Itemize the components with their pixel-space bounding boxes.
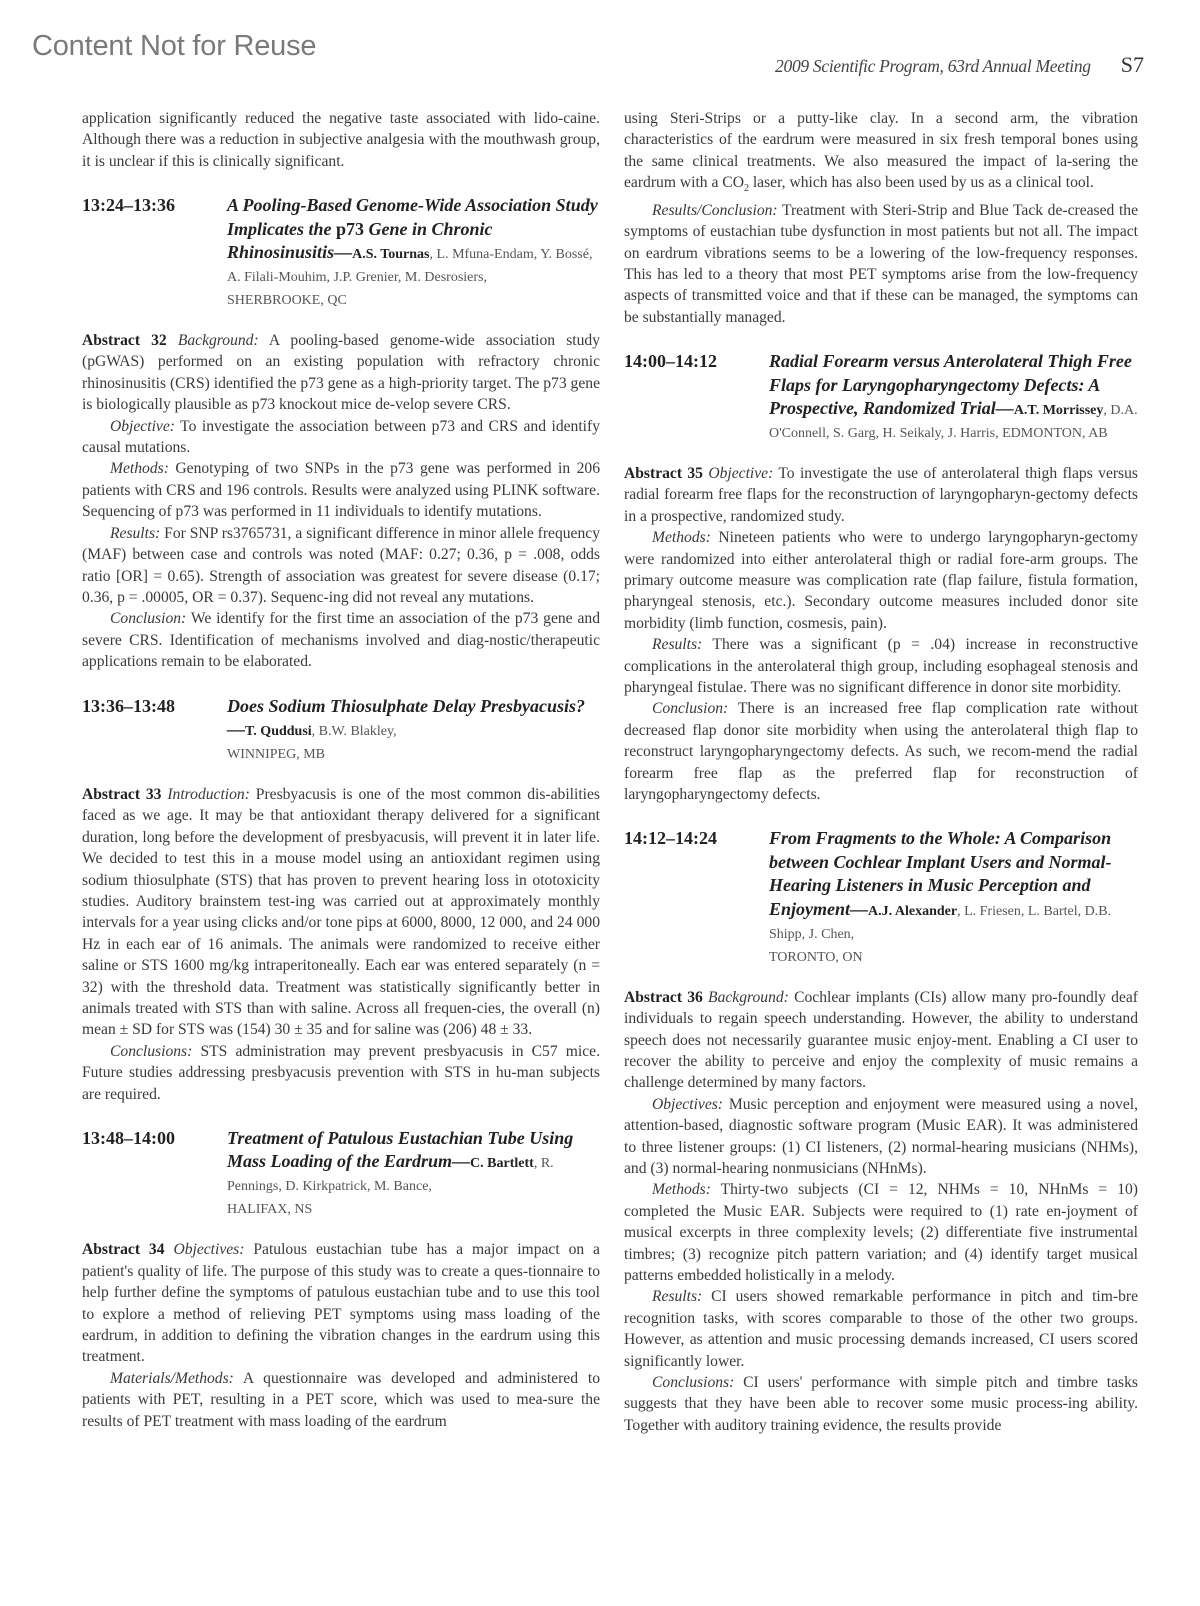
abstract-label: Abstract 35: [624, 465, 703, 482]
abstract-label: Abstract 33: [82, 786, 161, 803]
abstract-34: Abstract 34 Objectives: Patulous eustach…: [82, 1239, 600, 1432]
session-header-33: 13:36–13:48 Does Sodium Thiosulphate Del…: [82, 695, 600, 766]
session-header-35: 14:00–14:12 Radial Forearm versus Antero…: [624, 350, 1138, 445]
section-label: Introduction:: [167, 786, 250, 803]
abstract-33: Abstract 33 Introduction: Presbyacusis i…: [82, 784, 600, 1105]
left-column: application significantly reduced the ne…: [82, 108, 600, 1432]
session-time: 14:12–14:24: [624, 827, 769, 968]
presenting-author: A.S. Tournas: [352, 247, 429, 262]
abstract-32: Abstract 32 Background: A pooling-based …: [82, 330, 600, 673]
running-head: 2009 Scientific Program, 63rd Annual Mee…: [775, 52, 1144, 78]
session-header-36: 14:12–14:24 From Fragments to the Whole:…: [624, 827, 1138, 968]
abstract-35: Abstract 35 Objective: To investigate th…: [624, 463, 1138, 806]
abstract-text: Treatment with Steri-Strip and Blue Tack…: [624, 202, 1138, 326]
presenting-author: A.J. Alexander: [868, 904, 957, 919]
section-label: Background:: [708, 989, 789, 1006]
abstract-text: There was a significant (p = .04) increa…: [624, 636, 1138, 696]
session-time: 13:48–14:00: [82, 1127, 227, 1221]
page-number: S7: [1121, 52, 1144, 78]
section-label: Results:: [652, 1288, 702, 1305]
section-label: Methods:: [652, 529, 711, 546]
section-label: Background:: [178, 332, 259, 349]
continued-paragraph: using Steri-Strips or a putty-like clay.…: [624, 108, 1138, 200]
session-time: 13:24–13:36: [82, 194, 227, 312]
journal-running-title: 2009 Scientific Program, 63rd Annual Mee…: [775, 56, 1091, 77]
co-authors: , B.W. Blakley,: [312, 724, 397, 739]
session-header-32: 13:24–13:36 A Pooling-Based Genome-Wide …: [82, 194, 600, 312]
session-time: 13:36–13:48: [82, 695, 227, 766]
abstract-36: Abstract 36 Background: Cochlear implant…: [624, 987, 1138, 1437]
section-label: Objectives:: [173, 1241, 244, 1258]
section-label: Objectives:: [652, 1096, 723, 1113]
abstract-text: CI users showed remarkable performance i…: [624, 1288, 1138, 1369]
section-label: Results/Conclusion:: [652, 202, 778, 219]
abstract-label: Abstract 32: [82, 332, 167, 349]
abstract-text: Presbyacusis is one of the most common d…: [82, 786, 600, 1038]
location: TORONTO, ON: [769, 950, 863, 965]
section-label: Results:: [110, 525, 160, 542]
abstract-label: Abstract 36: [624, 989, 703, 1006]
section-label: Conclusion:: [652, 700, 728, 717]
abstract-label: Abstract 34: [82, 1241, 165, 1258]
location: SHERBROOKE, QC: [227, 293, 347, 308]
presenting-author: A.T. Morrissey: [1014, 403, 1104, 418]
location: WINNIPEG, MB: [227, 747, 325, 762]
section-label: Methods:: [110, 460, 169, 477]
right-column: using Steri-Strips or a putty-like clay.…: [624, 108, 1138, 1436]
section-label: Materials/Methods:: [110, 1370, 234, 1387]
session-header-34: 13:48–14:00 Treatment of Patulous Eustac…: [82, 1127, 600, 1221]
location: HALIFAX, NS: [227, 1202, 312, 1217]
section-label: Conclusions:: [110, 1043, 192, 1060]
section-label: Conclusions:: [652, 1374, 734, 1391]
session-time: 14:00–14:12: [624, 350, 769, 445]
section-label: Conclusion:: [110, 610, 186, 627]
abstract-text: Patulous eustachian tube has a major imp…: [82, 1241, 600, 1365]
presenting-author: T. Quddusi: [245, 724, 312, 739]
watermark: Content Not for Reuse: [32, 30, 316, 63]
abstract-text: For SNP rs3765731, a significant differe…: [82, 525, 600, 606]
section-label: Objective:: [708, 465, 773, 482]
section-label: Methods:: [652, 1181, 711, 1198]
section-label: Objective:: [110, 418, 175, 435]
section-label: Results:: [652, 636, 702, 653]
presenting-author: C. Bartlett: [470, 1156, 534, 1171]
continued-paragraph: application significantly reduced the ne…: [82, 108, 600, 172]
